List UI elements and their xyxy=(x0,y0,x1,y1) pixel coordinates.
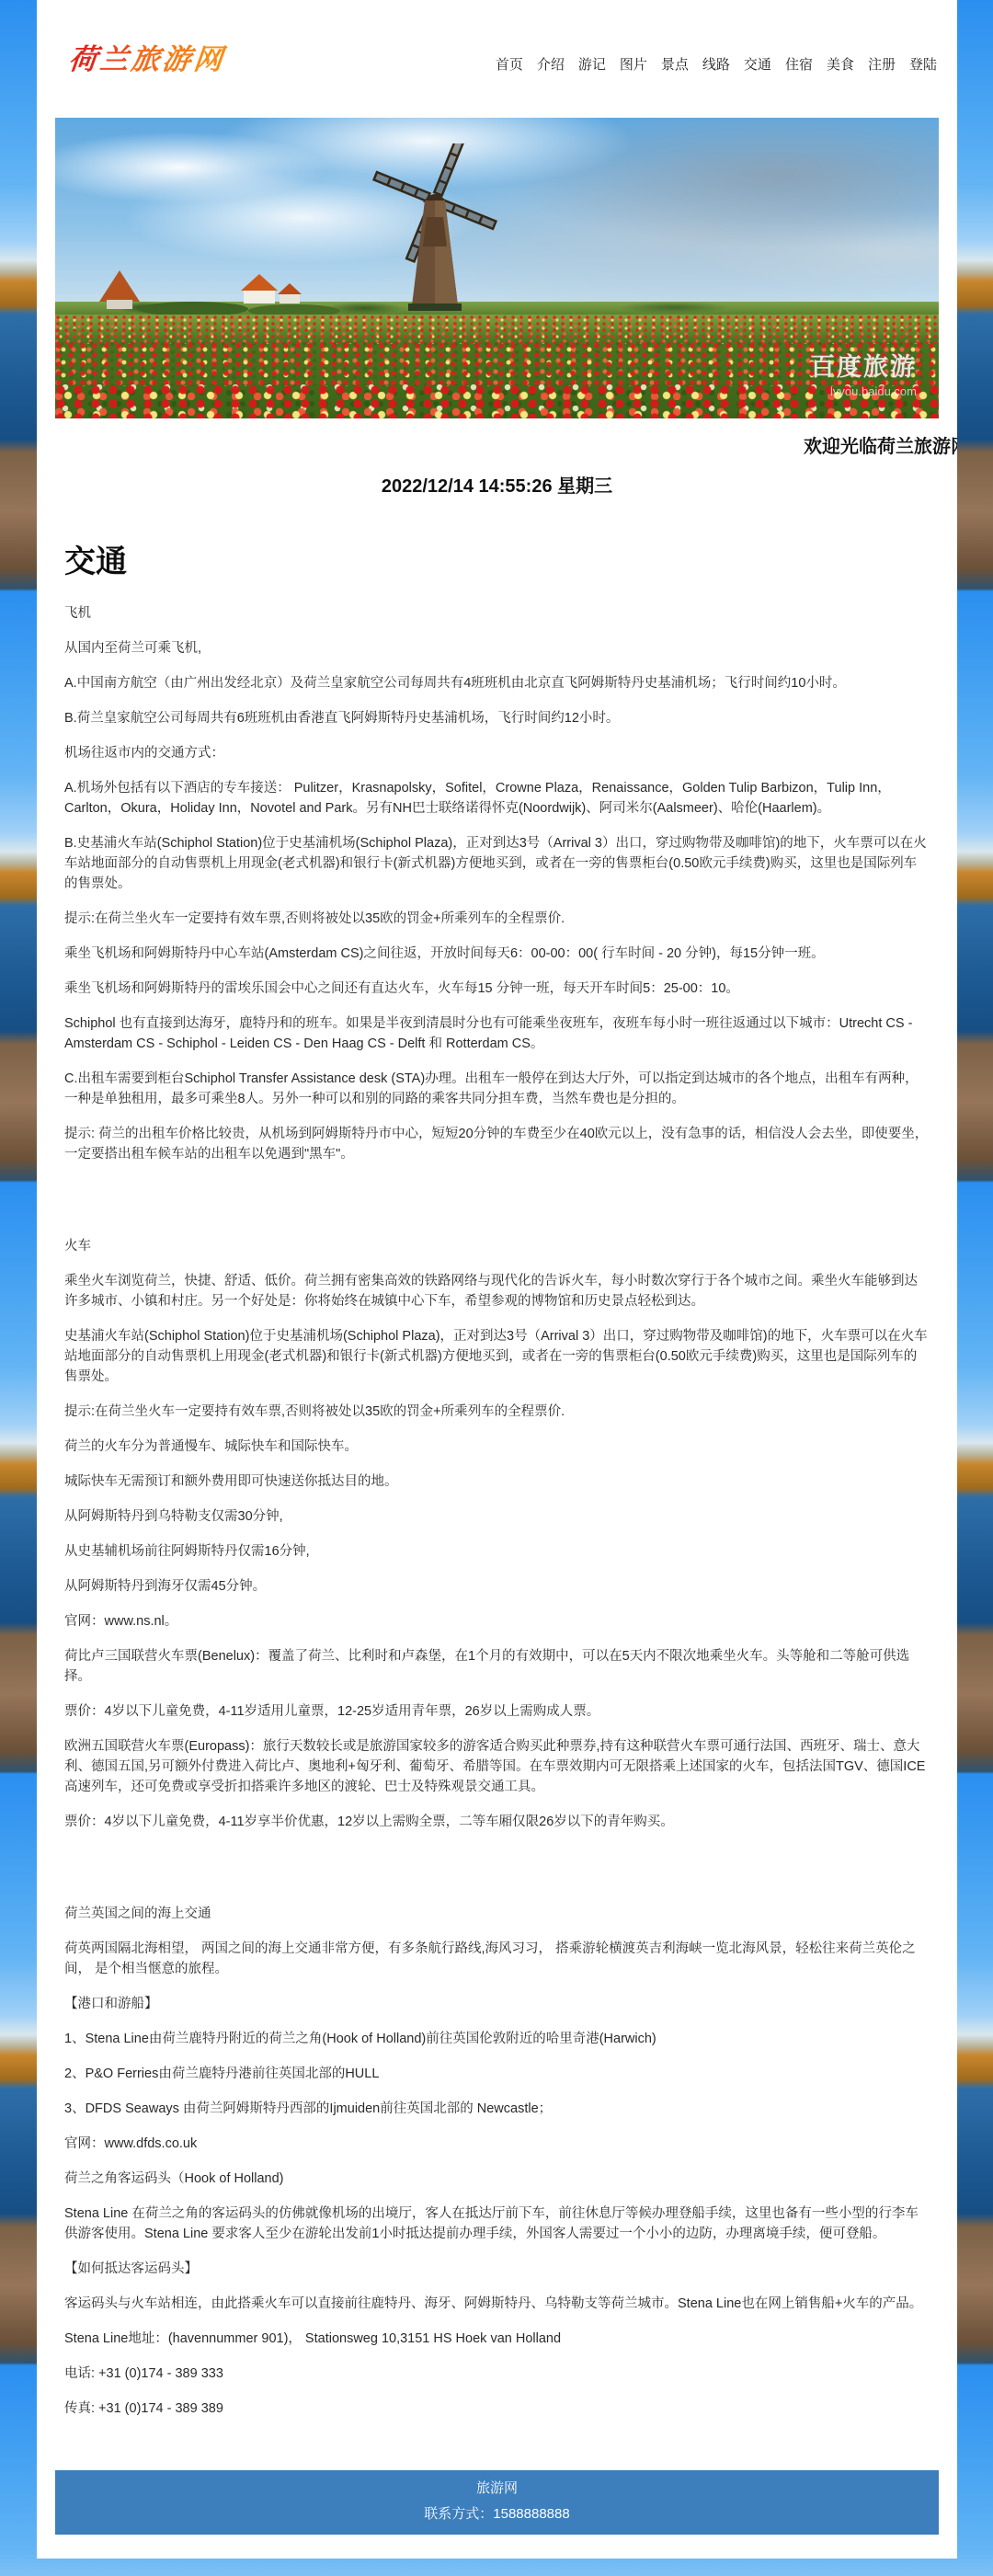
article-paragraph: 官网：www.ns.nl。 xyxy=(64,1611,930,1631)
logo-char: 游 xyxy=(161,43,196,75)
nav-item-spots[interactable]: 景点 xyxy=(661,54,689,74)
watermark: 百度旅游 lvyou.baidu.com xyxy=(810,347,917,398)
article-paragraph: A.中国南方航空（由广州出发经北京）及荷兰皇家航空公司每周共有4班班机由北京直飞… xyxy=(64,673,930,693)
article-paragraph: 提示:在荷兰坐火车一定要持有效车票,否则将被处以35欧的罚金+所乘列车的全程票价… xyxy=(64,909,930,929)
article-paragraph: 飞机 xyxy=(64,603,930,624)
article-body: 飞机从国内至荷兰可乘飞机,A.中国南方航空（由广州出发经北京）及荷兰皇家航空公司… xyxy=(64,603,930,2419)
article-paragraph: 电话: +31 (0)174 - 389 333 xyxy=(64,2364,930,2384)
article-paragraph: 1、Stena Line由荷兰鹿特丹附近的荷兰之角(Hook of Hollan… xyxy=(64,2029,930,2049)
article-paragraph: 票价：4岁以下儿童免费，4-11岁适用儿童票，12-25岁适用青年票，26岁以上… xyxy=(64,1701,930,1722)
logo-char: 兰 xyxy=(98,43,133,75)
article-paragraph: 乘坐飞机场和阿姆斯特丹的雷埃乐国会中心之间还有直达火车，火车每15 分钟一班，每… xyxy=(64,979,930,999)
content-wrapper: 荷兰旅游网 首页介绍游记图片景点线路交通住宿美食注册登陆 xyxy=(37,0,957,2559)
logo-char: 荷 xyxy=(67,43,102,75)
nav-item-pictures[interactable]: 图片 xyxy=(620,54,647,74)
nav-item-lodging[interactable]: 住宿 xyxy=(785,54,813,74)
windmill-icon xyxy=(348,143,522,327)
article-paragraph: 从阿姆斯特丹到海牙仅需45分钟。 xyxy=(64,1576,930,1597)
nav-item-intro[interactable]: 介绍 xyxy=(537,54,565,74)
article-paragraph: 乘坐飞机场和阿姆斯特丹中心车站(Amsterdam CS)之间往返，开放时间每天… xyxy=(64,944,930,964)
datetime-text: 2022/12/14 14:55:26 星期三 xyxy=(55,471,939,498)
article-paragraph: 荷英两国隔北海相望， 两国之间的海上交通非常方便，有多条航行路线,海风习习， 搭… xyxy=(64,1939,930,1979)
welcome-banner: 欢迎光临荷兰旅游网 xyxy=(55,431,957,458)
article-paragraph: 【港口和游船】 xyxy=(64,1994,930,2014)
article-paragraph: Stena Line地址：(havennummer 901)， Stations… xyxy=(64,2329,930,2349)
article-paragraph: 荷兰的火车分为普通慢车、城际快车和国际快车。 xyxy=(64,1437,930,1457)
nav-item-routes[interactable]: 线路 xyxy=(702,54,730,74)
paragraph-gap xyxy=(64,1179,930,1221)
logo-char: 网 xyxy=(192,43,227,75)
article-paragraph: 官网：www.dfds.co.uk xyxy=(64,2134,930,2154)
article-paragraph: 提示: 荷兰的出租车价格比较贵，从机场到阿姆斯特丹市中心，短短20分钟的车费至少… xyxy=(64,1124,930,1164)
nav-item-transport[interactable]: 交通 xyxy=(744,54,771,74)
article-paragraph: 提示:在荷兰坐火车一定要持有效车票,否则将被处以35欧的罚金+所乘列车的全程票价… xyxy=(64,1402,930,1422)
nav-item-register[interactable]: 注册 xyxy=(868,54,896,74)
main-nav: 首页介绍游记图片景点线路交通住宿美食注册登陆 xyxy=(496,54,937,74)
article-paragraph: 荷比卢三国联营火车票(Benelux)：覆盖了荷兰、比利时和卢森堡，在1个月的有… xyxy=(64,1646,930,1687)
nav-item-food[interactable]: 美食 xyxy=(827,54,854,74)
article-paragraph: Stena Line 在荷兰之角的客运码头的仿佛就像机场的出境厅，客人在抵达厅前… xyxy=(64,2204,930,2244)
nav-item-home[interactable]: 首页 xyxy=(496,54,523,74)
farm-houses xyxy=(55,261,349,316)
page-title: 交通 xyxy=(64,536,930,581)
article: 交通 飞机从国内至荷兰可乘飞机,A.中国南方航空（由广州出发经北京）及荷兰皇家航… xyxy=(55,536,939,2419)
article-paragraph: 机场往返市内的交通方式： xyxy=(64,743,930,763)
article-paragraph: 从阿姆斯特丹到乌特勒支仅需30分钟, xyxy=(64,1506,930,1527)
nav-item-login[interactable]: 登陆 xyxy=(909,54,937,74)
article-paragraph: 荷兰之角客运码头（Hook of Holland) xyxy=(64,2169,930,2189)
article-paragraph: B.史基浦火车站(Schiphol Station)位于史基浦机场(Schiph… xyxy=(64,833,930,894)
article-paragraph: 传真: +31 (0)174 - 389 389 xyxy=(64,2399,930,2419)
article-paragraph: 从国内至荷兰可乘飞机, xyxy=(64,638,930,658)
watermark-subtitle: lvyou.baidu.com xyxy=(810,384,917,398)
article-paragraph: Schiphol 也有直接到达海牙，鹿特丹和的班车。如果是半夜到清晨时分也有可能… xyxy=(64,1013,930,1054)
article-paragraph: 票价：4岁以下儿童免费，4-11岁享半价优惠，12岁以上需购全票，二等车厢仅限2… xyxy=(64,1812,930,1832)
article-paragraph: 2、P&O Ferries由荷兰鹿特丹港前往英国北部的HULL xyxy=(64,2064,930,2084)
article-paragraph: 荷兰英国之间的海上交通 xyxy=(64,1904,930,1924)
article-paragraph: 【如何抵达客运码头】 xyxy=(64,2259,930,2279)
article-paragraph: 火车 xyxy=(64,1236,930,1256)
watermark-title: 百度旅游 xyxy=(810,347,917,383)
article-paragraph: A.机场外包括有以下酒店的专车接送： Pulitzer，Krasnapolsky… xyxy=(64,778,930,819)
article-paragraph: C.出租车需要到柜台Schiphol Transfer Assistance d… xyxy=(64,1069,930,1109)
article-paragraph: B.荷兰皇家航空公司每周共有6班班机由香港直飞阿姆斯特丹史基浦机场，飞行时间约1… xyxy=(64,708,930,728)
footer-site-name: 旅游网 xyxy=(55,2479,939,2498)
welcome-text: 欢迎光临荷兰旅游网 xyxy=(804,431,957,458)
article-paragraph: 3、DFDS Seaways 由荷兰阿姆斯特丹西部的Ijmuiden前往英国北部… xyxy=(64,2099,930,2119)
paragraph-gap xyxy=(64,1847,930,1889)
site-header: 荷兰旅游网 首页介绍游记图片景点线路交通住宿美食注册登陆 xyxy=(55,0,939,118)
page-footer: 旅游网 联系方式：1588888888 xyxy=(55,2470,939,2535)
article-paragraph: 城际快车无需预订和额外费用即可快速送你抵达目的地。 xyxy=(64,1471,930,1492)
article-paragraph: 史基浦火车站(Schiphol Station)位于史基浦机场(Schiphol… xyxy=(64,1326,930,1387)
logo-char: 旅 xyxy=(130,43,165,75)
hero-image: 百度旅游 lvyou.baidu.com xyxy=(55,118,939,418)
nav-item-travelog[interactable]: 游记 xyxy=(578,54,606,74)
tulip-field xyxy=(55,315,939,418)
article-paragraph: 客运码头与火车站相连，由此搭乘火车可以直接前往鹿特丹、海牙、阿姆斯特丹、乌特勒支… xyxy=(64,2294,930,2314)
article-paragraph: 从史基辅机场前往阿姆斯特丹仅需16分钟, xyxy=(64,1541,930,1562)
site-logo[interactable]: 荷兰旅游网 xyxy=(67,36,228,77)
footer-contact: 联系方式：1588888888 xyxy=(55,2505,939,2524)
article-paragraph: 欧洲五国联营火车票(Europass)：旅行天数较长或是旅游国家较多的游客适合购… xyxy=(64,1736,930,1797)
article-paragraph: 乘坐火车浏览荷兰，快捷、舒适、低价。荷兰拥有密集高效的铁路网络与现代化的告诉火车… xyxy=(64,1271,930,1311)
